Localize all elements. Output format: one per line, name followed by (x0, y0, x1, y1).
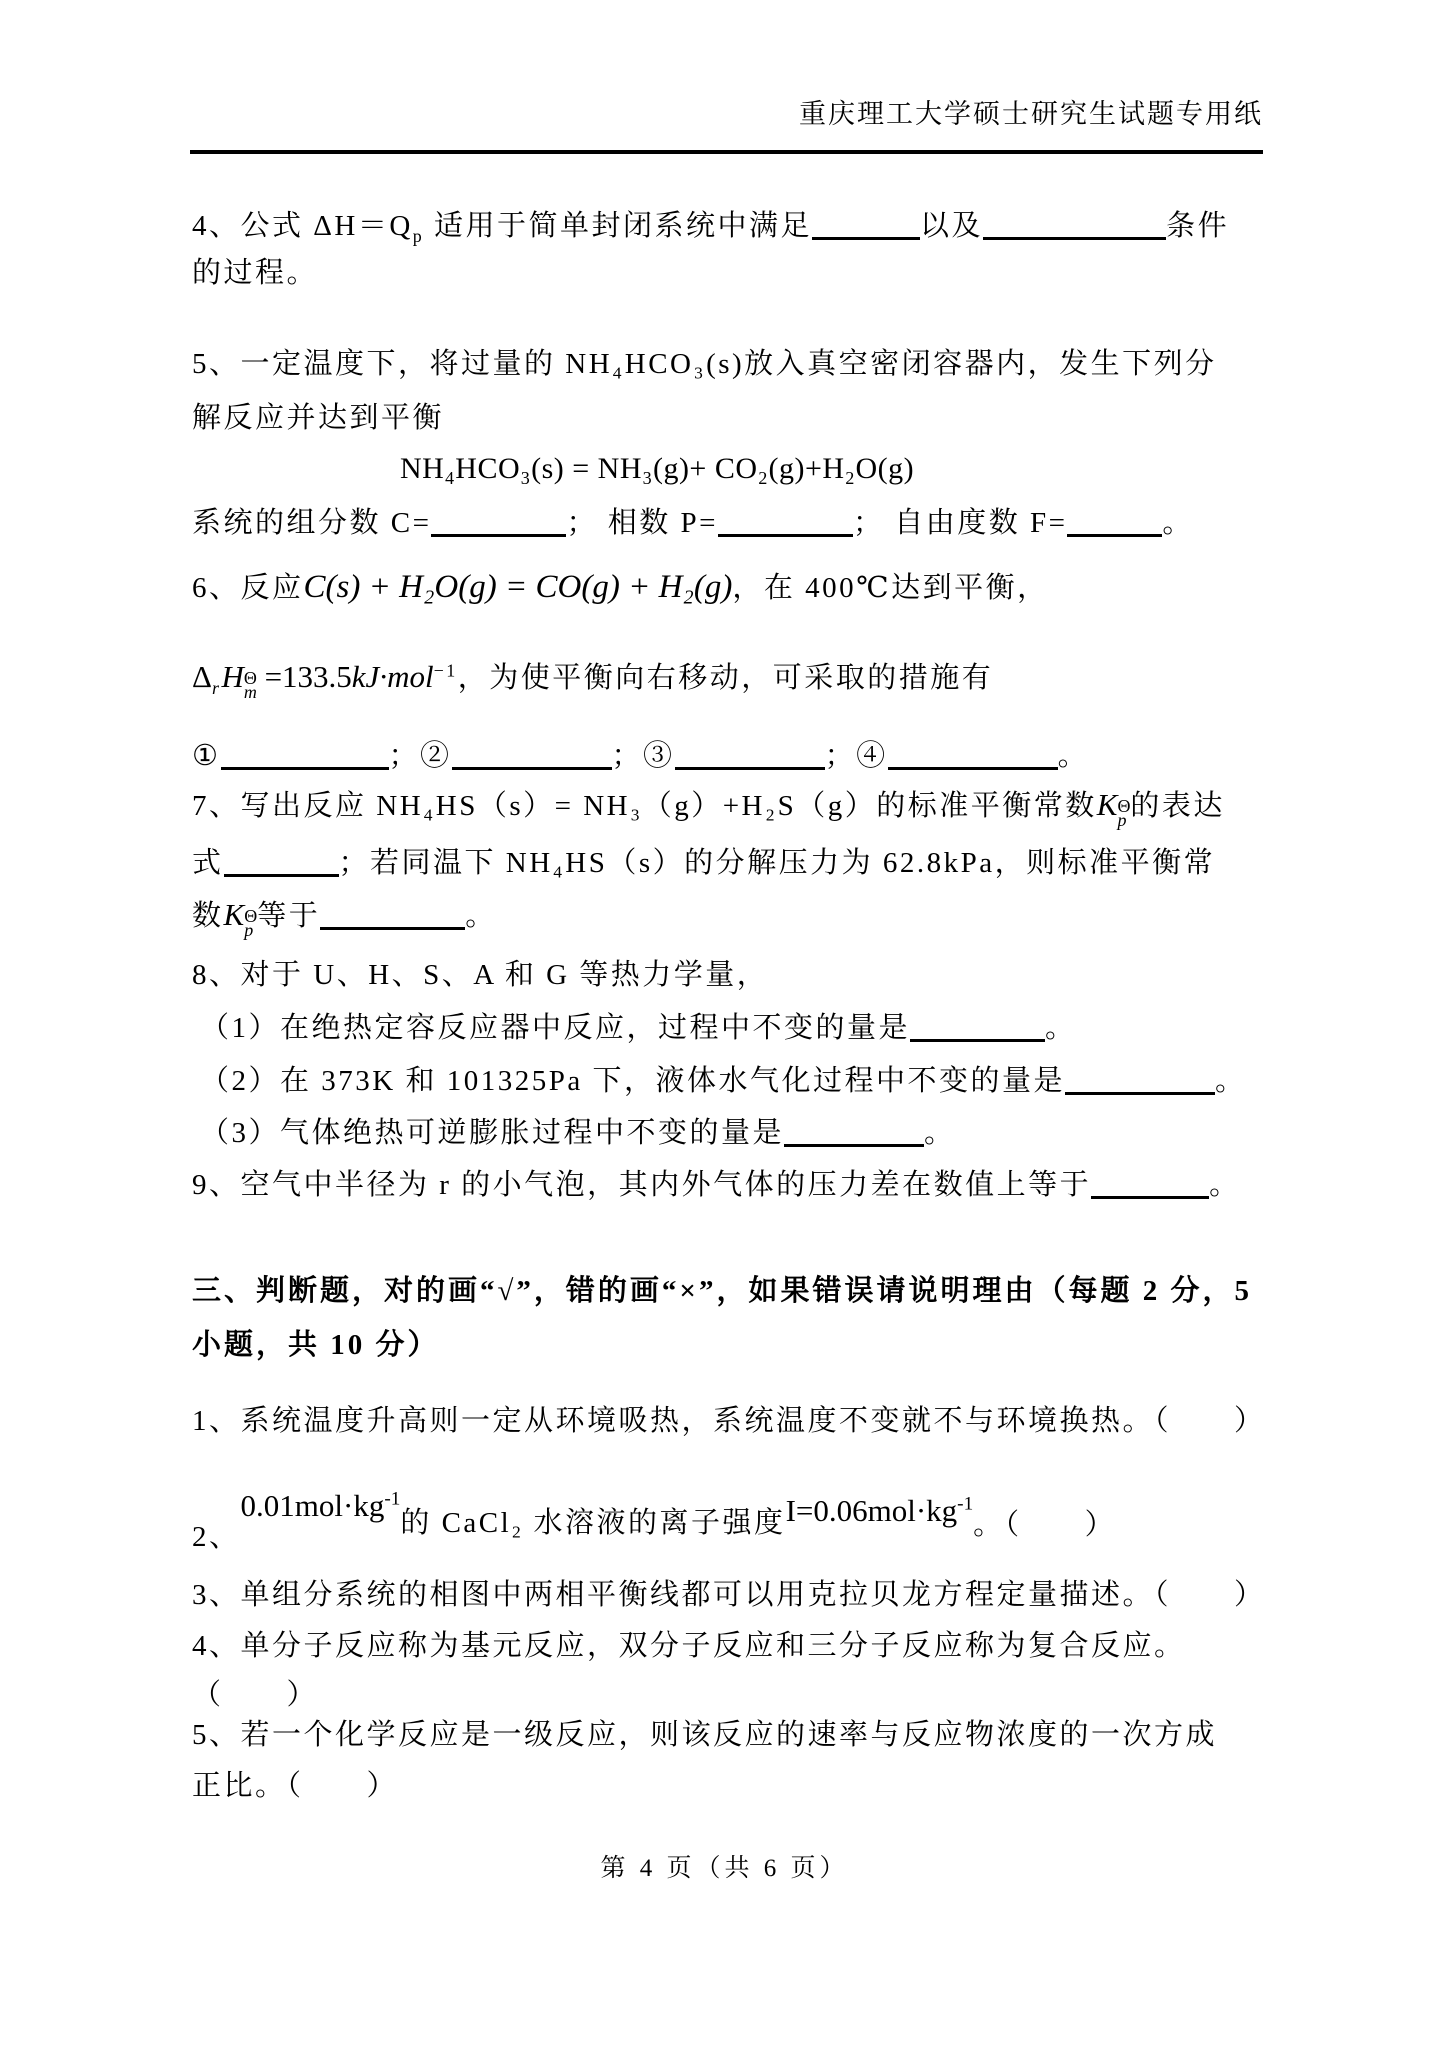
judge-2-formula-2-sup: -1 (957, 1494, 973, 1515)
judge-1-text: 1、系统温度升高则一定从环境吸热，系统温度不变就不与环境换热。（ ） (192, 1405, 1266, 1437)
q6-reaction-formula: C(s) + H₂O(g) = CO(g) + H₂(g) (304, 569, 733, 605)
q8-text-s1a: （1）在绝热定容反应器中反应，过程中不变的量是 (200, 1012, 910, 1044)
question-4-line-1: 4、公式 ΔH＝Qp 适用于简单封闭系统中满足以及条件 (192, 203, 1229, 247)
question-8-line-1: 8、对于 U、H、S、A 和 G 等热力学量， (192, 952, 768, 993)
judge-question-3: 3、单组分系统的相图中两相平衡线都可以用克拉贝龙方程定量描述。（ ） (192, 1572, 1266, 1613)
blank-underline (888, 735, 1058, 770)
question-7-line-2: 式；若同温下 NH₄HS（s）的分解压力为 62.8kPa，则标准平衡常 (192, 840, 1215, 881)
judge-question-5-line-2: 正比。（ ） (192, 1763, 398, 1804)
q6-unit: kJ·mol (352, 659, 434, 694)
header-rule (190, 150, 1263, 154)
q7-text-l3a: 数 (192, 900, 224, 932)
q8-text-s3a: （3）气体绝热可逆膨胀过程中不变的量是 (200, 1117, 784, 1149)
question-9: 9、空气中半径为 r 的小气泡，其内外气体的压力差在数值上等于。 (192, 1162, 1241, 1203)
question-6-line-1: 6、反应C(s) + H₂O(g) = CO(g) + H₂(g)，在 400℃… (192, 565, 1049, 606)
circled-1-icon: ① (192, 740, 221, 772)
q6-text-a: 6、反应 (192, 572, 304, 604)
q7-K-symbol: K (1097, 787, 1118, 822)
blank-underline (431, 502, 566, 537)
q8-text-s1b: 。 (1045, 1012, 1077, 1044)
blank-underline (675, 735, 825, 770)
question-8-sub-2: （2）在 373K 和 101325Pa 下，液体水气化过程中不变的量是。 (200, 1058, 1246, 1099)
q6-H-supsub: Θm (244, 671, 257, 700)
circled-4-icon: ④ (856, 740, 888, 772)
q6-delta: Δ (192, 659, 212, 694)
q6-unit-sup: −1 (434, 660, 458, 680)
q9-text-b: 。 (1209, 1169, 1241, 1201)
blank-underline (1091, 1164, 1209, 1199)
q4-text-a: 4、公式 ΔH＝Q (192, 210, 413, 242)
question-8-sub-3: （3）气体绝热可逆膨胀过程中不变的量是。 (200, 1110, 956, 1151)
judge-2-formula-1-base: 0.01mol·kg (241, 1488, 385, 1523)
q7-text-l2a: 式 (192, 847, 224, 879)
judge-2-mid-text: 的 CaCl₂ 水溶液的离子强度 (400, 1500, 785, 1541)
question-7-line-3: 数KΘp等于。 (192, 893, 497, 937)
judge-2-formula-1-sup: -1 (384, 1489, 400, 1510)
q7-text-l3c: 。 (465, 900, 497, 932)
question-5-line-1: 5、一定温度下，将过量的 NH₄HCO₃(s)放入真空密闭容器内，发生下列分 (192, 341, 1217, 382)
blank-underline (452, 735, 612, 770)
q6-text-l2b: ，为使平衡向右移动，可采取的措施有 (458, 662, 994, 694)
q7-text-b: 的表达 (1130, 790, 1225, 822)
q4-text-c: 以及 (920, 210, 983, 242)
q7-K-supsub: Θp (1117, 799, 1130, 828)
judge-5-text-2: 正比。（ ） (192, 1770, 398, 1802)
judge-2-formula-2: I=0.06mol·kg-1 (786, 1493, 974, 1529)
blank-underline (983, 205, 1166, 240)
question-8-sub-1: （1）在绝热定容反应器中反应，过程中不变的量是。 (200, 1005, 1077, 1046)
circled-3-icon: ③ (643, 740, 675, 772)
blank-underline (718, 502, 853, 537)
q8-text-s3b: 。 (924, 1117, 956, 1149)
blank-underline (221, 735, 389, 770)
q5-equation-text: NH₄HCO₃(s) = NH₃(g)+ CO₂(g)+H₂O(g) (400, 452, 914, 485)
circled-2-icon: ② (420, 740, 452, 772)
blank-underline (1067, 502, 1162, 537)
q6-semi-2: ； (612, 740, 644, 772)
q8-text-s2a: （2）在 373K 和 101325Pa 下，液体水气化过程中不变的量是 (200, 1065, 1065, 1097)
judge-2-formula-2-base: I=0.06mol·kg (786, 1493, 958, 1528)
q7-K-symbol-2: K (224, 897, 245, 932)
page-number-footer: 第 4 页（共 6 页） (0, 1848, 1449, 1884)
judge-question-5-line-1: 5、若一个化学反应是一级反应，则该反应的速率与反应物浓度的一次方成 (192, 1712, 1217, 1753)
page-header-title: 重庆理工大学硕士研究生试题专用纸 (799, 92, 1263, 131)
q4-text-d: 条件 (1166, 210, 1229, 242)
blank-underline (910, 1007, 1045, 1042)
q5-chemical-equation: NH₄HCO₃(s) = NH₃(g)+ CO₂(g)+H₂O(g) (400, 452, 914, 486)
judge-2-formula-1: 0.01mol·kg-1 (241, 1488, 401, 1524)
q4-text-l2: 的过程。 (192, 257, 318, 289)
judge-2-tail: 。（ ） (973, 1502, 1116, 1543)
q8-text-l1: 8、对于 U、H、S、A 和 G 等热力学量， (192, 959, 768, 991)
blank-underline (812, 205, 920, 240)
q6-semi-1: ； (389, 740, 421, 772)
q7-text-l3b: 等于 (257, 900, 320, 932)
q6-text-c: ，在 400℃达到平衡， (732, 572, 1048, 604)
q4-text-b: 适用于简单封闭系统中满足 (424, 210, 812, 242)
judge-3-text: 3、单组分系统的相图中两相平衡线都可以用克拉贝龙方程定量描述。（ ） (192, 1579, 1266, 1611)
question-5-line-3: 系统的组分数 C=； 相数 P=； 自由度数 F=。 (192, 500, 1194, 541)
blank-underline (1065, 1060, 1215, 1095)
blank-underline (224, 842, 339, 877)
q5-text-l2: 解反应并达到平衡 (192, 402, 444, 434)
q7-text-l2b: ；若同温下 NH₄HS（s）的分解压力为 62.8kPa，则标准平衡常 (339, 847, 1216, 879)
q7-text-a: 7、写出反应 NH₄HS（s）= NH₃（g）+H₂S（g）的标准平衡常数 (192, 790, 1097, 822)
section-3-heading-text-1: 三、判断题，对的画“√”，错的画“×”，如果错误请说明理由（每题 2 分，5 (192, 1275, 1252, 1307)
q7-K-supsub-2: Θp (244, 909, 257, 938)
section-3-heading-line-1: 三、判断题，对的画“√”，错的画“×”，如果错误请说明理由（每题 2 分，5 (192, 1268, 1252, 1309)
judge-2-number: 2、 (192, 1514, 241, 1555)
q9-text-a: 9、空气中半径为 r 的小气泡，其内外气体的压力差在数值上等于 (192, 1169, 1091, 1201)
judge-question-4-line-2: （ ） (192, 1672, 318, 1713)
q6-H: H (221, 659, 243, 694)
question-6-line-2: ΔrHΘm =133.5kJ·mol−1，为使平衡向右移动，可采取的措施有 (192, 655, 993, 699)
judge-question-2: 2、0.01mol·kg-1 的 CaCl₂ 水溶液的离子强度 I=0.06mo… (192, 1484, 1116, 1525)
blank-underline (320, 895, 465, 930)
q5-text-l3b: ； 相数 P= (566, 507, 717, 539)
question-4-line-2: 的过程。 (192, 250, 318, 291)
exam-paper-page: 重庆理工大学硕士研究生试题专用纸 4、公式 ΔH＝Qp 适用于简单封闭系统中满足… (0, 0, 1449, 2046)
q4-sub-p: p (413, 226, 424, 246)
judge-4-text-2: （ ） (192, 1679, 318, 1711)
q6-period: 。 (1058, 740, 1090, 772)
judge-question-1: 1、系统温度升高则一定从环境吸热，系统温度不变就不与环境换热。（ ） (192, 1398, 1266, 1439)
q6-H-sub: m (244, 685, 257, 699)
question-5-line-2: 解反应并达到平衡 (192, 395, 444, 436)
judge-4-text-1: 4、单分子反应称为基元反应，双分子反应和三分子反应称为复合反应。 (192, 1630, 1186, 1662)
q5-text-l1: 5、一定温度下，将过量的 NH₄HCO₃(s)放入真空密闭容器内，发生下列分 (192, 348, 1217, 380)
question-6-line-3: ①；②；③；④。 (192, 733, 1089, 774)
judge-5-text-1: 5、若一个化学反应是一级反应，则该反应的速率与反应物浓度的一次方成 (192, 1719, 1217, 1751)
blank-underline (784, 1112, 924, 1147)
q6-eq-value: =133.5 (257, 659, 352, 694)
section-3-heading-text-2: 小题，共 10 分） (192, 1329, 440, 1361)
question-7-line-1: 7、写出反应 NH₄HS（s）= NH₃（g）+H₂S（g）的标准平衡常数KΘp… (192, 783, 1225, 827)
q8-text-s2b: 。 (1215, 1065, 1247, 1097)
judge-question-4-line-1: 4、单分子反应称为基元反应，双分子反应和三分子反应称为复合反应。 (192, 1623, 1186, 1664)
q5-text-l3c: ； 自由度数 F= (853, 507, 1067, 539)
q6-semi-3: ； (825, 740, 857, 772)
q5-text-l3d: 。 (1162, 507, 1194, 539)
q5-text-l3a: 系统的组分数 C= (192, 507, 431, 539)
q6-delta-sub: r (212, 678, 222, 698)
section-3-heading-line-2: 小题，共 10 分） (192, 1322, 440, 1363)
